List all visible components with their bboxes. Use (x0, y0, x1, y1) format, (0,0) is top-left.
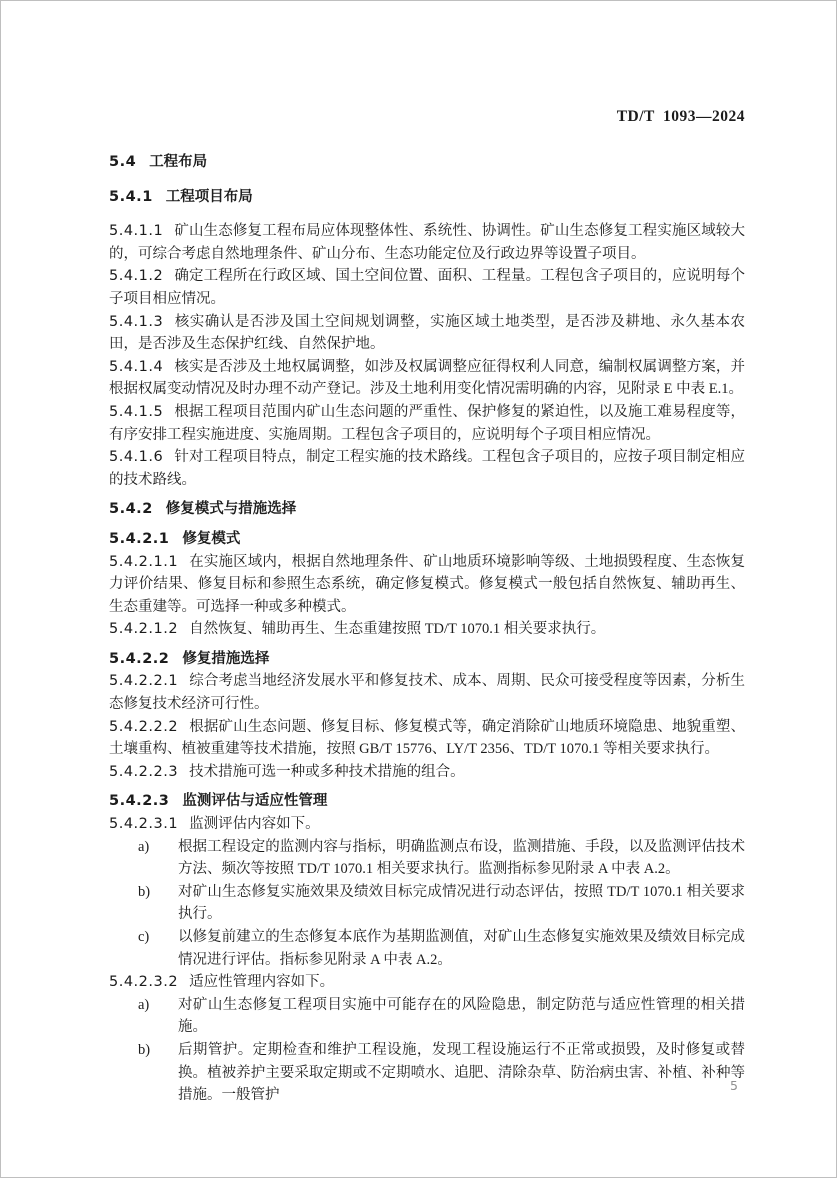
clause-number: 5.4.2.3.2 (109, 974, 178, 990)
heading-number: 5.4.2.1 (109, 531, 169, 547)
heading-5-4-1: 5.4.1工程项目布局 (109, 186, 745, 209)
clause-number: 5.4.2.1.2 (109, 621, 178, 637)
clause-5-4-1-2: 5.4.1.2确定工程所在行政区域、国土空间位置、面积、工程量。工程包含子项目的… (109, 265, 745, 310)
clause-text: 核实确认是否涉及国土空间规划调整，实施区域土地类型，是否涉及耕地、永久基本农田，… (109, 314, 745, 353)
clause-text: 技术措施可选一种或多种技术措施的组合。 (189, 764, 465, 780)
document-page: TD/T 1093—2024 5.4工程布局 5.4.1工程项目布局 5.4.1… (0, 0, 837, 1178)
document-body: 5.4工程布局 5.4.1工程项目布局 5.4.1.1矿山生态修复工程布局应体现… (109, 151, 745, 1107)
clause-number: 5.4.1.3 (109, 314, 163, 330)
list-item-text: 以修复前建立的生态修复本底作为基期监测值，对矿山生态修复实施效果及绩效目标完成情… (178, 929, 745, 968)
list-marker: c) (138, 926, 149, 949)
heading-number: 5.4.2.3 (109, 793, 169, 809)
heading-5-4-2: 5.4.2修复模式与措施选择 (109, 498, 745, 521)
list-item-a: a)对矿山生态修复工程项目实施中可能存在的风险隐患，制定防范与适应性管理的相关措… (109, 994, 745, 1039)
heading-title: 修复模式与措施选择 (166, 501, 297, 517)
clause-number: 5.4.2.1.1 (109, 554, 178, 570)
heading-number: 5.4.1 (109, 189, 153, 205)
clause-text: 根据矿山生态问题、修复目标、修复模式等，确定消除矿山地质环境隐患、地貌重塑、土壤… (109, 719, 745, 758)
list-item-text: 对矿山生态修复工程项目实施中可能存在的风险隐患，制定防范与适应性管理的相关措施。 (178, 997, 745, 1036)
list-item-a: a)根据工程设定的监测内容与指标，明确监测点布设，监测措施、手段，以及监测评估技… (109, 836, 745, 881)
clause-number: 5.4.1.6 (109, 449, 163, 465)
heading-5-4-2-1: 5.4.2.1修复模式 (109, 528, 745, 551)
clause-text: 根据工程项目范围内矿山生态问题的严重性、保护修复的紧迫性，以及施工难易程度等，有… (109, 404, 745, 443)
clause-text: 自然恢复、辅助再生、生态重建按照 TD/T 1070.1 相关要求执行。 (189, 621, 605, 637)
clause-5-4-1-6: 5.4.1.6针对工程项目特点，制定工程实施的技术路线。工程包含子项目的，应按子… (109, 446, 745, 491)
clause-number: 5.4.2.2.1 (109, 673, 178, 689)
clause-number: 5.4.1.2 (109, 268, 163, 284)
clause-5-4-2-2-3: 5.4.2.2.3技术措施可选一种或多种技术措施的组合。 (109, 761, 745, 784)
clause-5-4-1-1: 5.4.1.1矿山生态修复工程布局应体现整体性、系统性、协调性。矿山生态修复工程… (109, 220, 745, 265)
clause-5-4-1-4: 5.4.1.4核实是否涉及土地权属调整，如涉及权属调整应征得权利人同意，编制权属… (109, 356, 745, 401)
list-item-text: 对矿山生态修复实施效果及绩效目标完成情况进行动态评估，按照 TD/T 1070.… (178, 884, 745, 923)
list-marker: b) (138, 881, 150, 904)
list-item-text: 后期管护。定期检查和维护工程设施，发现工程设施运行不正常或损毁，及时修复或替换。… (178, 1042, 745, 1103)
clause-number: 5.4.1.5 (109, 404, 163, 420)
clause-5-4-2-1-1: 5.4.2.1.1在实施区域内，根据自然地理条件、矿山地质环境影响等级、土地损毁… (109, 551, 745, 619)
clause-text: 综合考虑当地经济发展水平和修复技术、成本、周期、民众可接受程度等因素，分析生态修… (109, 673, 745, 712)
clause-text: 确定工程所在行政区域、国土空间位置、面积、工程量。工程包含子项目的，应说明每个子… (109, 268, 745, 307)
heading-title: 监测评估与适应性管理 (182, 793, 327, 809)
heading-number: 5.4 (109, 154, 136, 170)
clause-number: 5.4.2.2.2 (109, 719, 178, 735)
heading-title: 修复措施选择 (182, 651, 269, 667)
page-number: 5 (730, 1078, 738, 1093)
clause-5-4-1-3: 5.4.1.3核实确认是否涉及国土空间规划调整，实施区域土地类型，是否涉及耕地、… (109, 311, 745, 356)
clause-number: 5.4.1.4 (109, 359, 163, 375)
heading-title: 工程布局 (149, 154, 207, 170)
heading-number: 5.4.2.2 (109, 651, 169, 667)
clause-text: 在实施区域内，根据自然地理条件、矿山地质环境影响等级、土地损毁程度、生态恢复力评… (109, 554, 745, 615)
heading-5-4-2-2: 5.4.2.2修复措施选择 (109, 648, 745, 671)
list-item-b: b)对矿山生态修复实施效果及绩效目标完成情况进行动态评估，按照 TD/T 107… (109, 881, 745, 926)
standard-code-header: TD/T 1093—2024 (109, 105, 745, 128)
list-item-b: b)后期管护。定期检查和维护工程设施，发现工程设施运行不正常或损毁，及时修复或替… (109, 1039, 745, 1107)
list-marker: b) (138, 1039, 150, 1062)
clause-5-4-2-3-1: 5.4.2.3.1监测评估内容如下。 (109, 813, 745, 836)
heading-5-4: 5.4工程布局 (109, 151, 745, 174)
list-item-c: c)以修复前建立的生态修复本底作为基期监测值，对矿山生态修复实施效果及绩效目标完… (109, 926, 745, 971)
clause-5-4-2-1-2: 5.4.2.1.2自然恢复、辅助再生、生态重建按照 TD/T 1070.1 相关… (109, 618, 745, 641)
heading-title: 修复模式 (182, 531, 240, 547)
clause-number: 5.4.2.3.1 (109, 816, 178, 832)
clause-5-4-2-2-2: 5.4.2.2.2根据矿山生态问题、修复目标、修复模式等，确定消除矿山地质环境隐… (109, 716, 745, 761)
clause-text: 矿山生态修复工程布局应体现整体性、系统性、协调性。矿山生态修复工程实施区域较大的… (109, 223, 745, 262)
list-marker: a) (138, 836, 149, 859)
clause-5-4-2-2-1: 5.4.2.2.1综合考虑当地经济发展水平和修复技术、成本、周期、民众可接受程度… (109, 670, 745, 715)
clause-5-4-2-3-2: 5.4.2.3.2适应性管理内容如下。 (109, 971, 745, 994)
clause-text: 监测评估内容如下。 (189, 816, 320, 832)
list-marker: a) (138, 994, 149, 1017)
clause-5-4-1-5: 5.4.1.5根据工程项目范围内矿山生态问题的严重性、保护修复的紧迫性，以及施工… (109, 401, 745, 446)
heading-number: 5.4.2 (109, 501, 153, 517)
clause-number: 5.4.1.1 (109, 223, 163, 239)
heading-title: 工程项目布局 (166, 189, 253, 205)
clause-text: 针对工程项目特点，制定工程实施的技术路线。工程包含子项目的，应按子项目制定相应的… (109, 449, 745, 488)
clause-number: 5.4.2.2.3 (109, 764, 178, 780)
clause-text: 适应性管理内容如下。 (189, 974, 334, 990)
heading-5-4-2-3: 5.4.2.3监测评估与适应性管理 (109, 790, 745, 813)
clause-text: 核实是否涉及土地权属调整，如涉及权属调整应征得权利人同意，编制权属调整方案，并根… (109, 359, 745, 398)
list-item-text: 根据工程设定的监测内容与指标，明确监测点布设，监测措施、手段，以及监测评估技术方… (178, 839, 745, 878)
